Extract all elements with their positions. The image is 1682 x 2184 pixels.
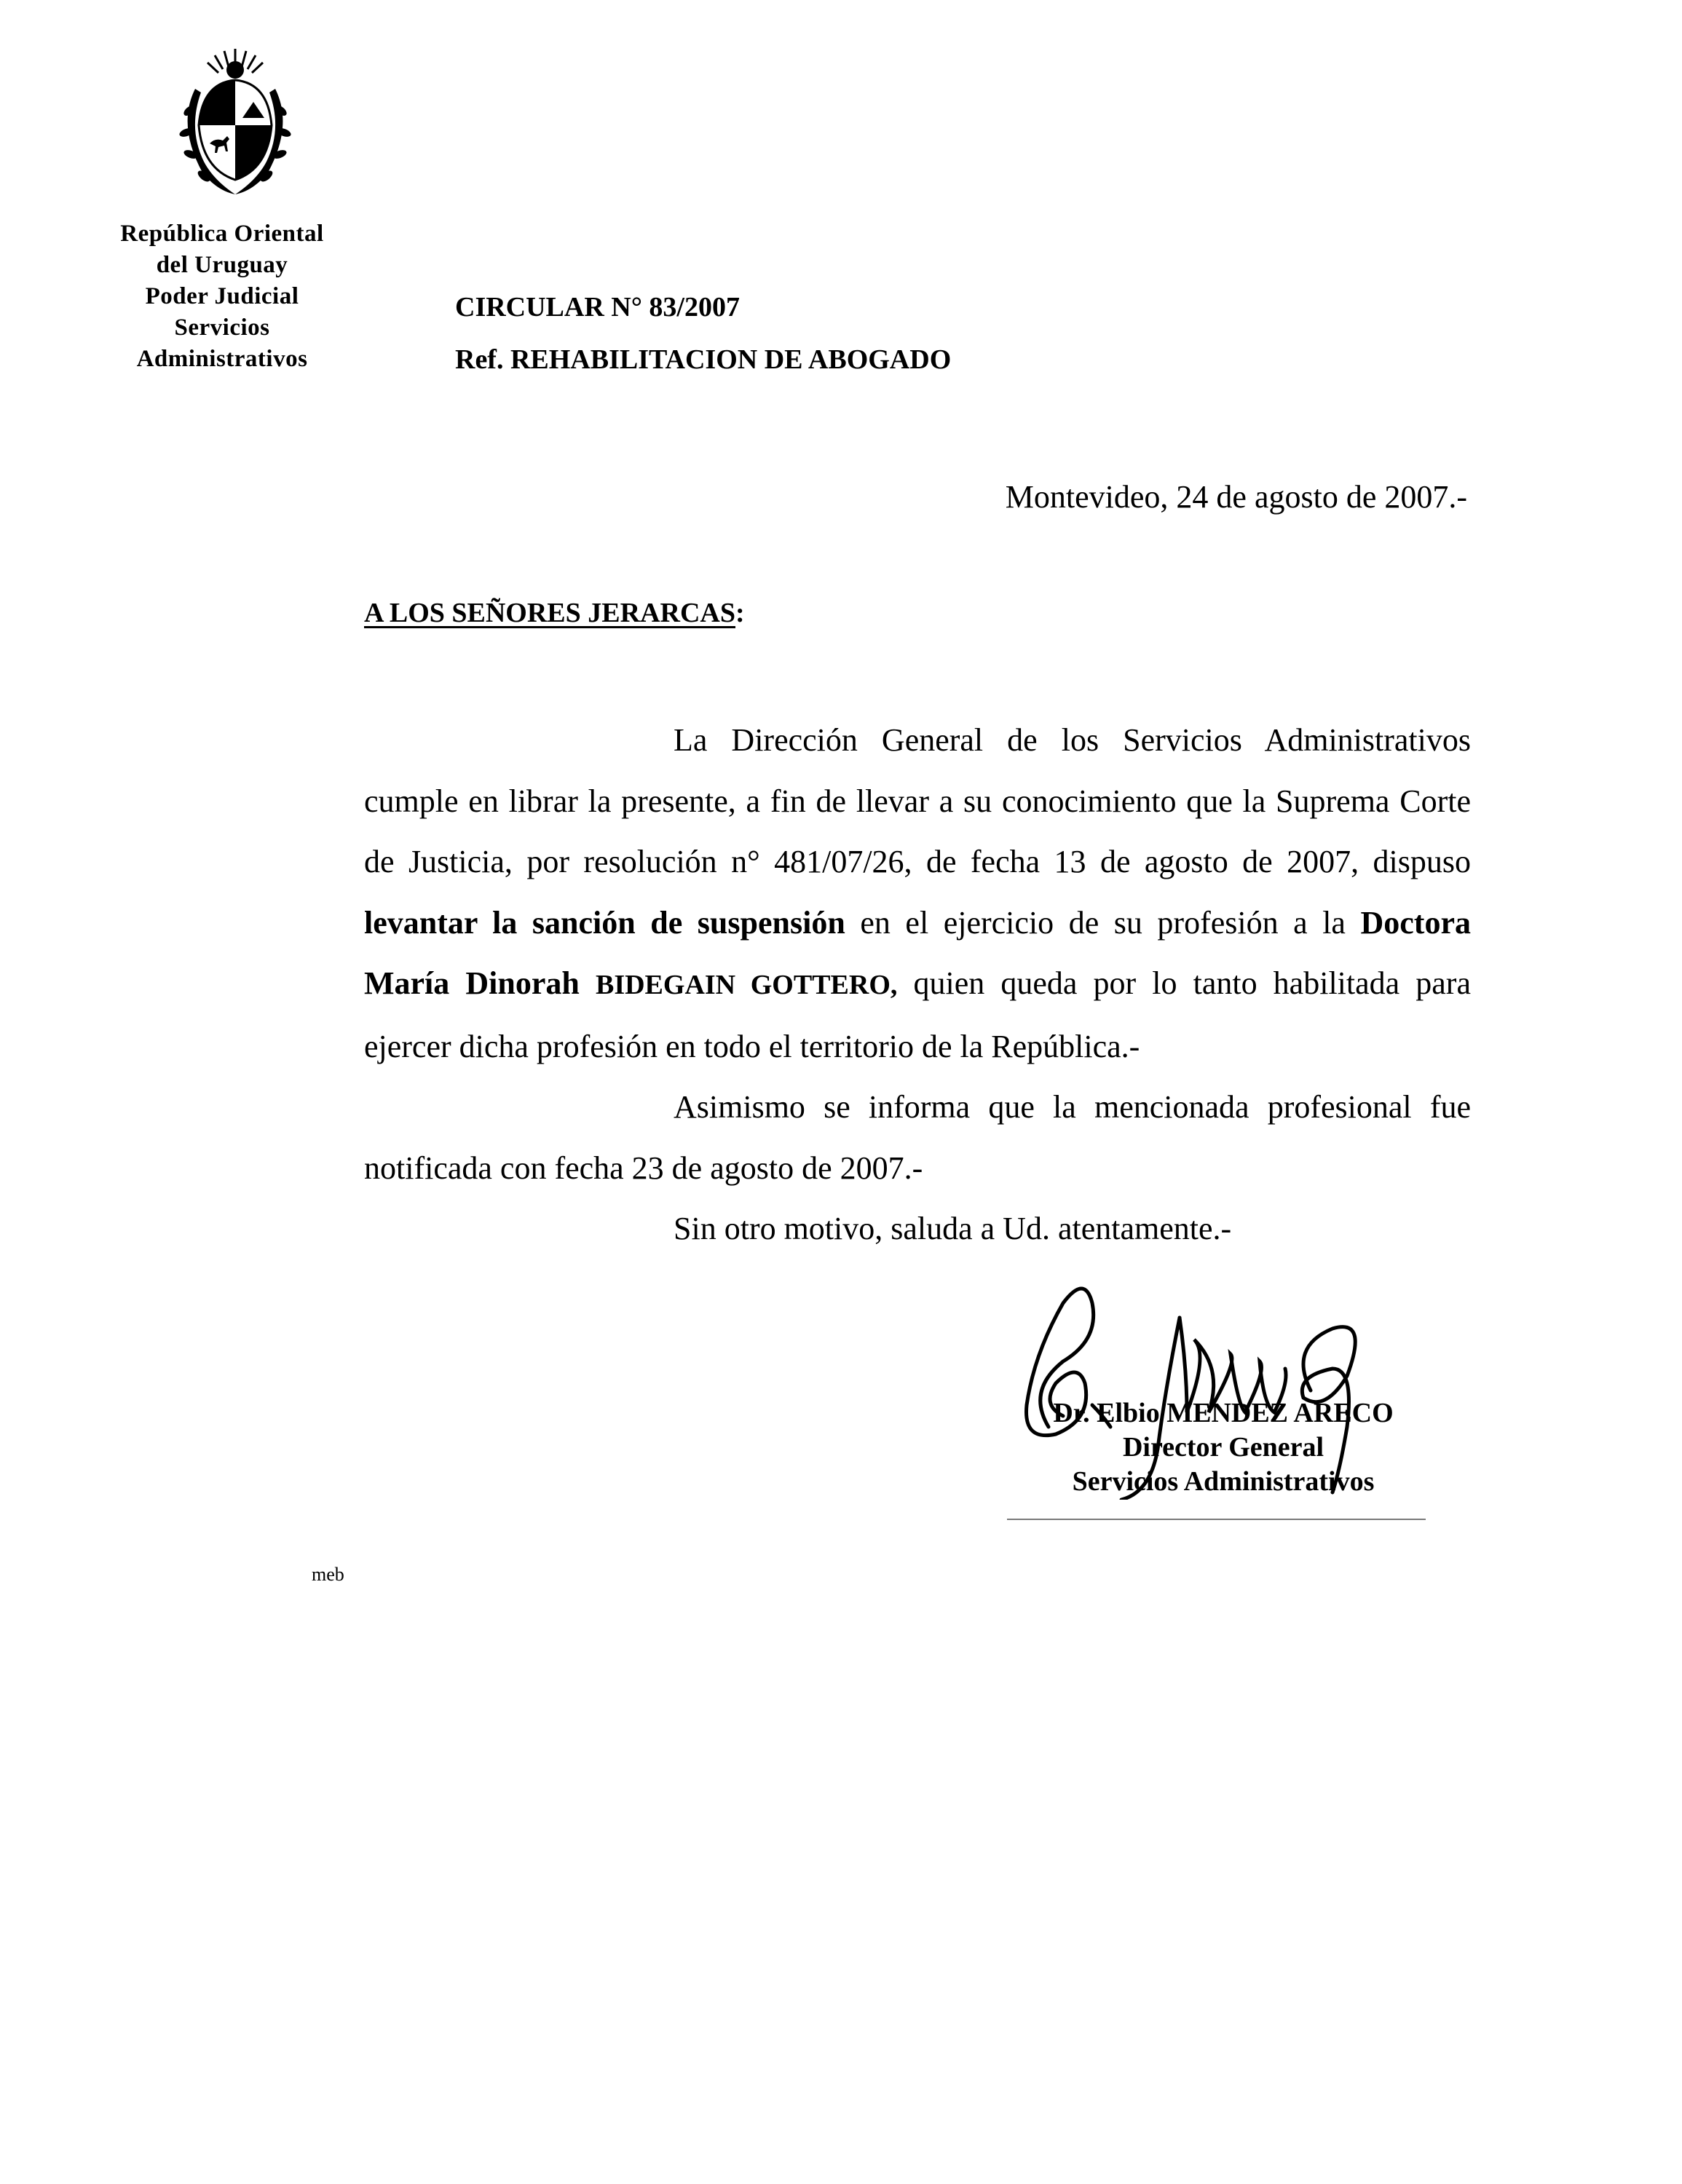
paragraph-text: en el ejercicio de su profesión a la	[845, 905, 1361, 941]
letterhead-line: del Uruguay	[102, 250, 342, 281]
letterhead-line: Poder Judicial	[102, 281, 342, 312]
person-surname: BIDEGAIN GOTTERO,	[596, 970, 897, 1000]
letterhead-line: Administrativos	[102, 344, 342, 375]
signature-divider	[1007, 1519, 1426, 1520]
letterhead-organization: República Oriental del Uruguay Poder Jud…	[102, 218, 342, 375]
date-line: Montevideo, 24 de agosto de 2007.-	[1006, 478, 1467, 515]
letter-body: La Dirección General de los Servicios Ad…	[364, 710, 1471, 1259]
coat-of-arms-icon	[173, 45, 297, 202]
paragraph-2: Asimismo se informa que la mencionada pr…	[364, 1077, 1471, 1198]
signatory-department: Servicios Administrativos	[1005, 1465, 1442, 1499]
signature-block: Dr. Elbio MENDEZ ARECO Director General …	[1005, 1259, 1442, 1529]
circular-number: CIRCULAR N° 83/2007	[455, 291, 740, 323]
letterhead-line: República Oriental	[102, 218, 342, 250]
typist-initials: meb	[312, 1564, 344, 1586]
signatory: Dr. Elbio MENDEZ ARECO Director General …	[1005, 1396, 1442, 1499]
reference-line: Ref. REHABILITACION DE ABOGADO	[455, 344, 951, 376]
letterhead-line: Servicios	[102, 312, 342, 344]
signatory-title: Director General	[1005, 1431, 1442, 1465]
paragraph-1: La Dirección General de los Servicios Ad…	[364, 710, 1471, 1077]
salutation-colon: :	[735, 598, 745, 628]
emphasis-text: levantar la sanción de suspensión	[364, 905, 845, 941]
paragraph-text: La Dirección General de los Servicios Ad…	[364, 722, 1471, 879]
salutation-text: A LOS SEÑORES JERARCAS	[364, 598, 735, 628]
signatory-name: Dr. Elbio MENDEZ ARECO	[1005, 1396, 1442, 1431]
salutation: A LOS SEÑORES JERARCAS:	[364, 597, 745, 629]
paragraph-3: Sin otro motivo, saluda a Ud. atentament…	[364, 1198, 1471, 1259]
